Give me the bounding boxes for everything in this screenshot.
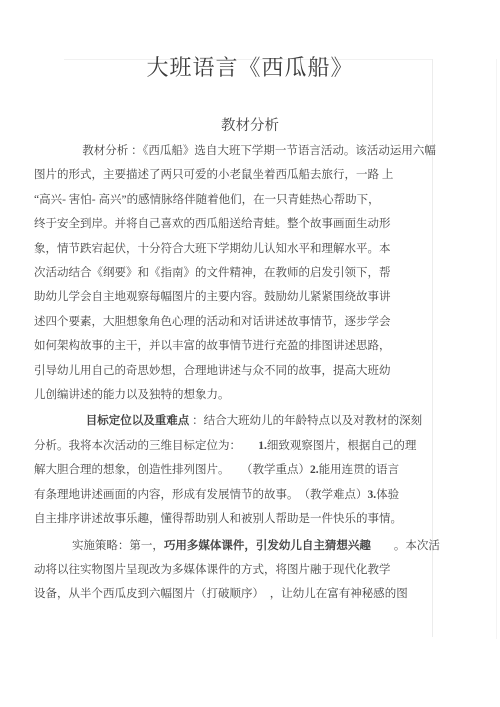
text-segment: 述四个要素，大胆想象角色心理的活动和对话讲述故事情节，逐步学会 [34,316,391,328]
document-title: 大班语言《西瓜船》 [0,53,500,83]
text-segment: 细致观察图片，根据自己的理 [267,440,417,452]
text-segment: 如何架构故事的主干，并以丰富的故事情节进行充盈的排图讲述思路， [34,340,391,352]
emphasis-text: 巧用多媒体课件，引发幼儿自主猜想兴趣 [164,540,371,552]
text-line: 自主排序讲述故事乐趣，懂得帮助别人和被别人帮助是一件快乐的事情。 [34,507,438,531]
text-segment: 儿创编讲述的能力以及独特的想象力。 [34,389,230,401]
text-line: 终于安全到岸。并将自己喜欢的西瓜船送给青蛙。整个故事画面生动形 [34,212,438,236]
text-line: 图片的形式，主要描述了两只可爱的小老鼠坐着西瓜船去旅行，一路 上 [34,163,438,187]
document-body: 教材分析 ：《西瓜船》选自大班下学期一节语言活动。该活动运用六幅图片的形式，主要… [34,139,438,607]
text-segment: 有条理地讲述画面的内容，形成有发展情节的故事。 （教学难点） [34,489,368,501]
text-segment: 引导幼儿用自己的奇思妙想，合理地讲述与众不同的故事，提高大班幼 [34,365,391,377]
text-line: 象，情节跌宕起伏，十分符合大班下学期幼儿认知水平和理解水平。本 [34,237,438,261]
text-segment: 体验 [376,489,399,501]
emphasis-text: 2. [310,464,319,476]
text-line: 助幼儿学会自主地观察每幅图片的主要内容。鼓励幼儿紧紧围绕故事讲 [34,285,438,309]
emphasis-text: 目标定位以及重难点 [86,415,190,427]
text-line: 有条理地讲述画面的内容，形成有发展情节的故事。 （教学难点）3.体验 [34,483,438,507]
text-segment: 实施策略：第一， [72,540,164,552]
text-line: “高兴- 害怕- 高兴”的感情脉络伴随着他们，在一只青蛙热心帮助下， [34,188,438,212]
text-line: 如何架构故事的主干，并以丰富的故事情节进行充盈的排图讲述思路， [34,334,438,358]
text-line: 儿创编讲述的能力以及独特的想象力。 [34,383,438,407]
text-segment: 助幼儿学会自主地观察每幅图片的主要内容。鼓励幼儿紧紧围绕故事讲 [34,291,391,303]
text-segment: 教材分析 ：《西瓜船》选自大班下学期一节语言活动。该活动运用六幅 [82,145,436,157]
text-segment: 动将以往实物图片呈现改为多媒体课件的方式，将图片融于现代化教学 [34,564,391,576]
text-segment: 终于安全到岸。并将自己喜欢的西瓜船送给青蛙。整个故事画面生动形 [34,218,391,230]
text-segment: 次活动结合《纲要》和《指南》的文件精神，在教师的启发引领下，帮 [34,267,391,279]
text-line: 次活动结合《纲要》和《指南》的文件精神，在教师的启发引领下，帮 [34,261,438,285]
text-segment: 图片的形式，主要描述了两只可爱的小老鼠坐着西瓜船去旅行，一路 上 [34,169,393,181]
emphasis-text: 1. [258,440,267,452]
paragraph: 教材分析 ：《西瓜船》选自大班下学期一节语言活动。该活动运用六幅图片的形式，主要… [34,139,438,407]
text-line: 分析。我将本次活动的三维目标定位为： 1.细致观察图片，根据自己的理 [34,434,438,458]
document-page: 大班语言《西瓜船》 教材分析 教材分析 ：《西瓜船》选自大班下学期一节语言活动。… [0,0,500,707]
emphasis-text: 3. [368,489,377,501]
text-line: 目标定位以及重难点 ：结合大班幼儿的年龄特点以及对教材的深刻 [34,409,438,433]
text-line: 实施策略：第一，巧用多媒体课件，引发幼儿自主猜想兴趣 。本次活 [34,534,438,558]
text-segment: 分析。我将本次活动的三维目标定位为： [34,440,258,452]
paragraph: 实施策略：第一，巧用多媒体课件，引发幼儿自主猜想兴趣 。本次活动将以往实物图片呈… [34,534,438,607]
section-heading: 教材分析 [0,116,500,137]
text-segment: 设备，从半个西瓜皮到六幅图片（打破顺序） ，让幼儿在富有神秘感的图 [34,588,408,600]
text-line: 述四个要素，大胆想象角色心理的活动和对话讲述故事情节，逐步学会 [34,310,438,334]
text-segment: “高兴- 害怕- 高兴”的感情脉络伴随着他们，在一只青蛙热心帮助下， [34,194,380,206]
text-line: 引导幼儿用自己的奇思妙想，合理地讲述与众不同的故事，提高大班幼 [34,359,438,383]
text-segment: 自主排序讲述故事乐趣，懂得帮助别人和被别人帮助是一件快乐的事情。 [34,513,402,525]
paragraph: 目标定位以及重难点 ：结合大班幼儿的年龄特点以及对教材的深刻分析。我将本次活动的… [34,409,438,531]
text-segment: 象，情节跌宕起伏，十分符合大班下学期幼儿认知水平和理解水平。本 [34,243,391,255]
text-line: 设备，从半个西瓜皮到六幅图片（打破顺序） ，让幼儿在富有神秘感的图 [34,582,438,606]
text-segment: 解大胆合理的想象，创造性排列图片。 （教学重点） [34,464,310,476]
screenshot-right-edge [496,59,497,639]
text-line: 教材分析 ：《西瓜船》选自大班下学期一节语言活动。该活动运用六幅 [34,139,438,163]
text-segment: 。本次活 [371,540,440,552]
text-line: 解大胆合理的想象，创造性排列图片。 （教学重点）2.能用连贯的语言 [34,458,438,482]
text-line: 动将以往实物图片呈现改为多媒体课件的方式，将图片融于现代化教学 [34,558,438,582]
text-segment: ：结合大班幼儿的年龄特点以及对教材的深刻 [189,415,422,427]
text-segment: 能用连贯的语言 [319,464,400,476]
